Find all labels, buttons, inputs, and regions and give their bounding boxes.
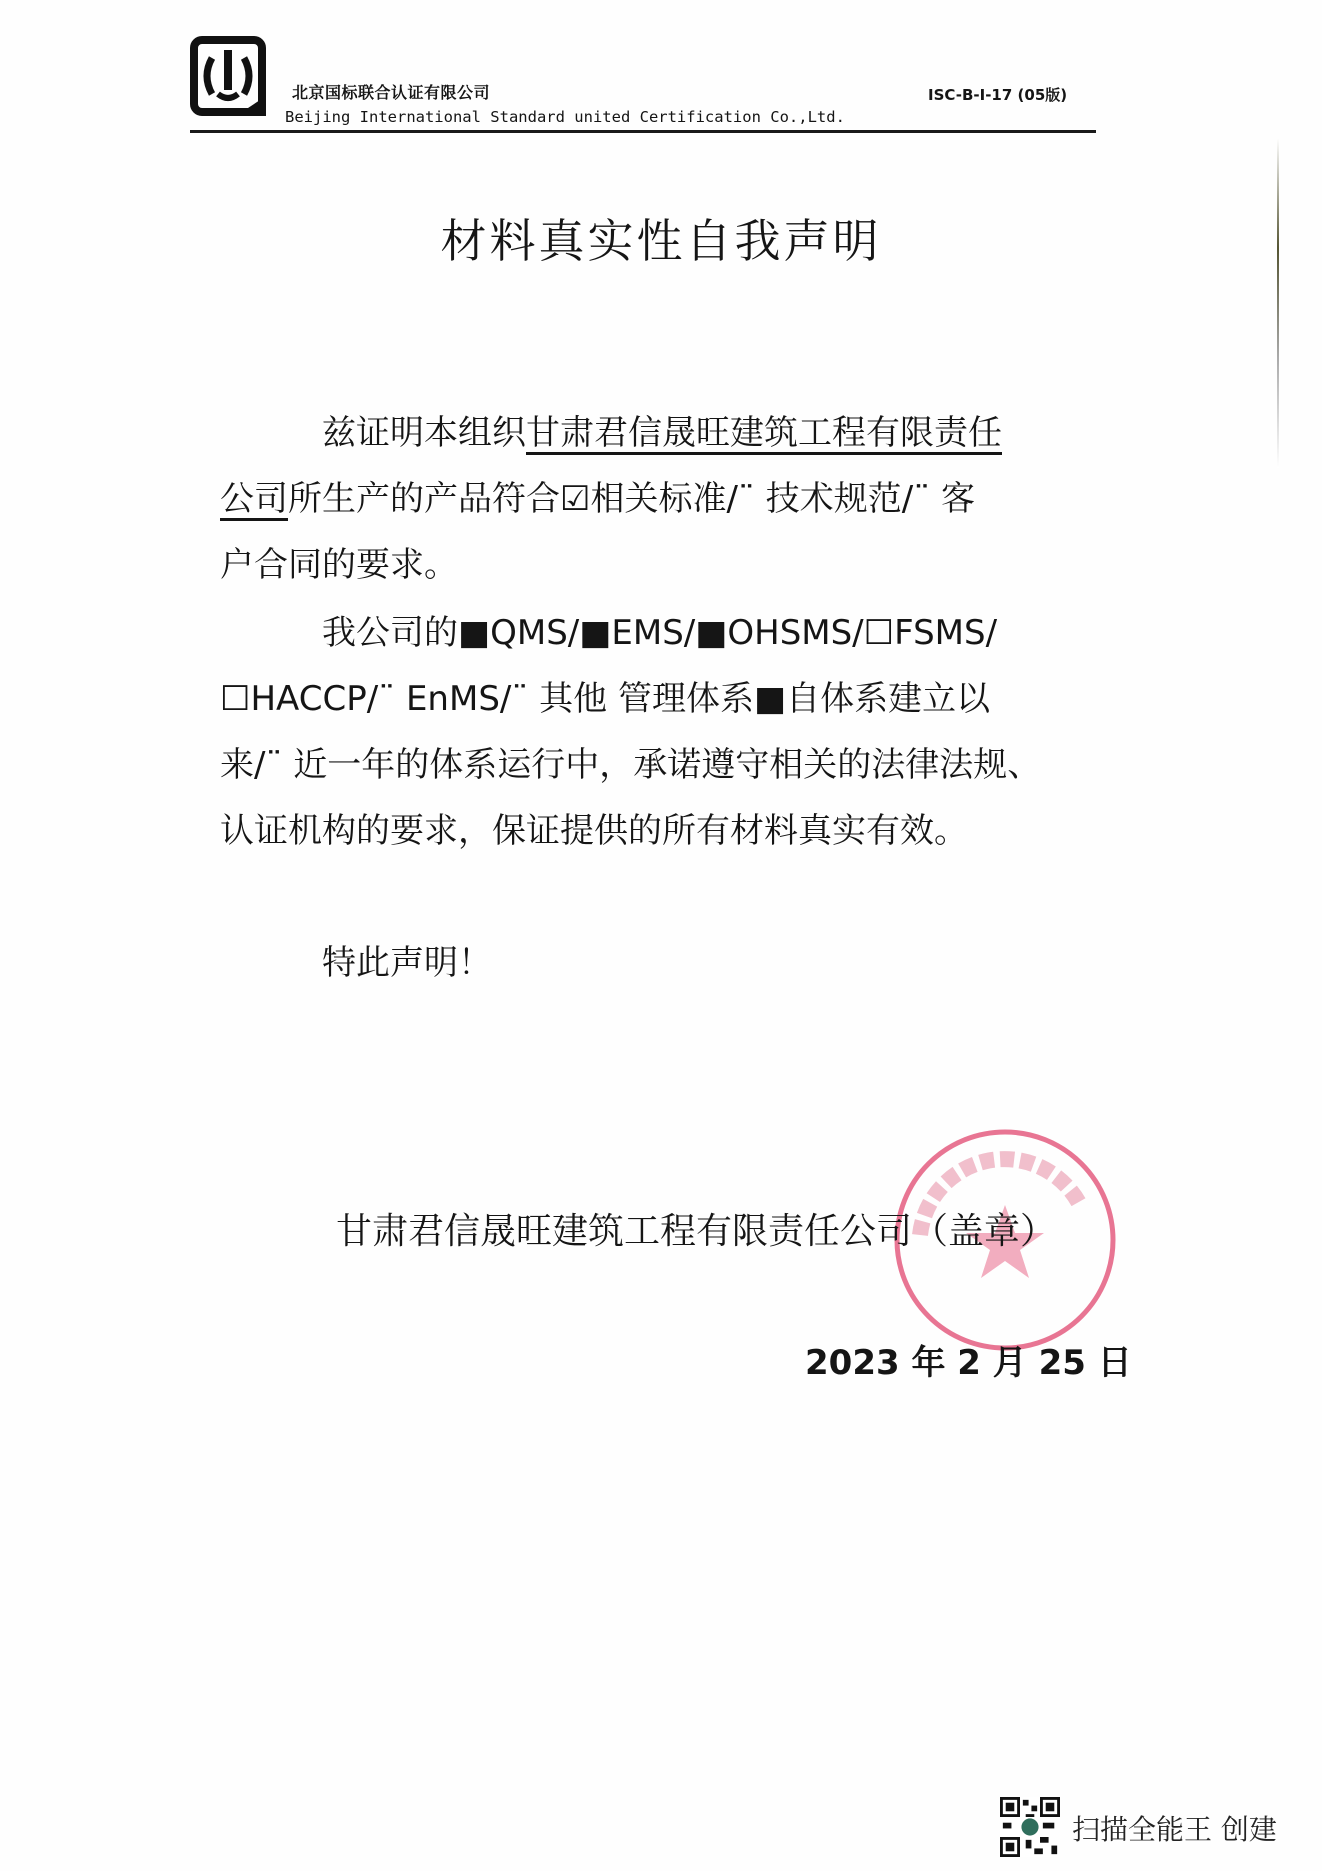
company-name-underlined-cont: 公司: [220, 479, 288, 519]
closing-statement: 特此声明！: [322, 935, 492, 984]
doc-code: ISC-B-I-17 (05版): [928, 84, 1067, 105]
p1-line2: 所生产的产品符合☑相关标准/¨ 技术规范/¨ 客: [288, 479, 975, 519]
paragraph-2: 我公司的■QMS/■EMS/■OHSMS/☐FSMS/ ☐HACCP/¨ EnM…: [220, 600, 1140, 864]
paragraph-1: 兹证明本组织甘肃君信晟旺建筑工程有限责任 公司所生产的产品符合☑相关标准/¨ 技…: [220, 400, 1140, 598]
company-name-underlined: 甘肃君信晟旺建筑工程有限责任: [526, 413, 1002, 453]
p2-line2: ☐HACCP/¨ EnMS/¨ 其他 管理体系■自体系建立以: [220, 666, 1140, 732]
signing-date: 2023 年 2 月 25 日: [805, 1335, 1132, 1384]
header-divider: [190, 130, 1096, 133]
isc-logo-icon: [190, 36, 270, 120]
page-edge-shadow: [1277, 138, 1279, 468]
signing-company: 甘肃君信晟旺建筑工程有限责任公司（盖章）: [336, 1203, 1056, 1254]
document-title: 材料真实性自我声明: [0, 205, 1322, 271]
qr-code-icon: [1000, 1797, 1060, 1857]
p2-line3: 来/¨ 近一年的体系运行中，承诺遵守相关的法律法规、: [220, 732, 1140, 798]
p1-line3: 户合同的要求。: [220, 532, 1140, 598]
p2-line4: 认证机构的要求，保证提供的所有材料真实有效。: [220, 798, 1140, 864]
org-name-en: Beijing International Standard united Ce…: [285, 108, 845, 126]
scanner-watermark: 扫描全能王 创建: [1072, 1808, 1277, 1848]
p1-prefix: 兹证明本组织: [322, 413, 526, 453]
org-name-cn: 北京国标联合认证有限公司: [292, 80, 490, 103]
p2-line1: 我公司的■QMS/■EMS/■OHSMS/☐FSMS/: [220, 600, 1140, 666]
